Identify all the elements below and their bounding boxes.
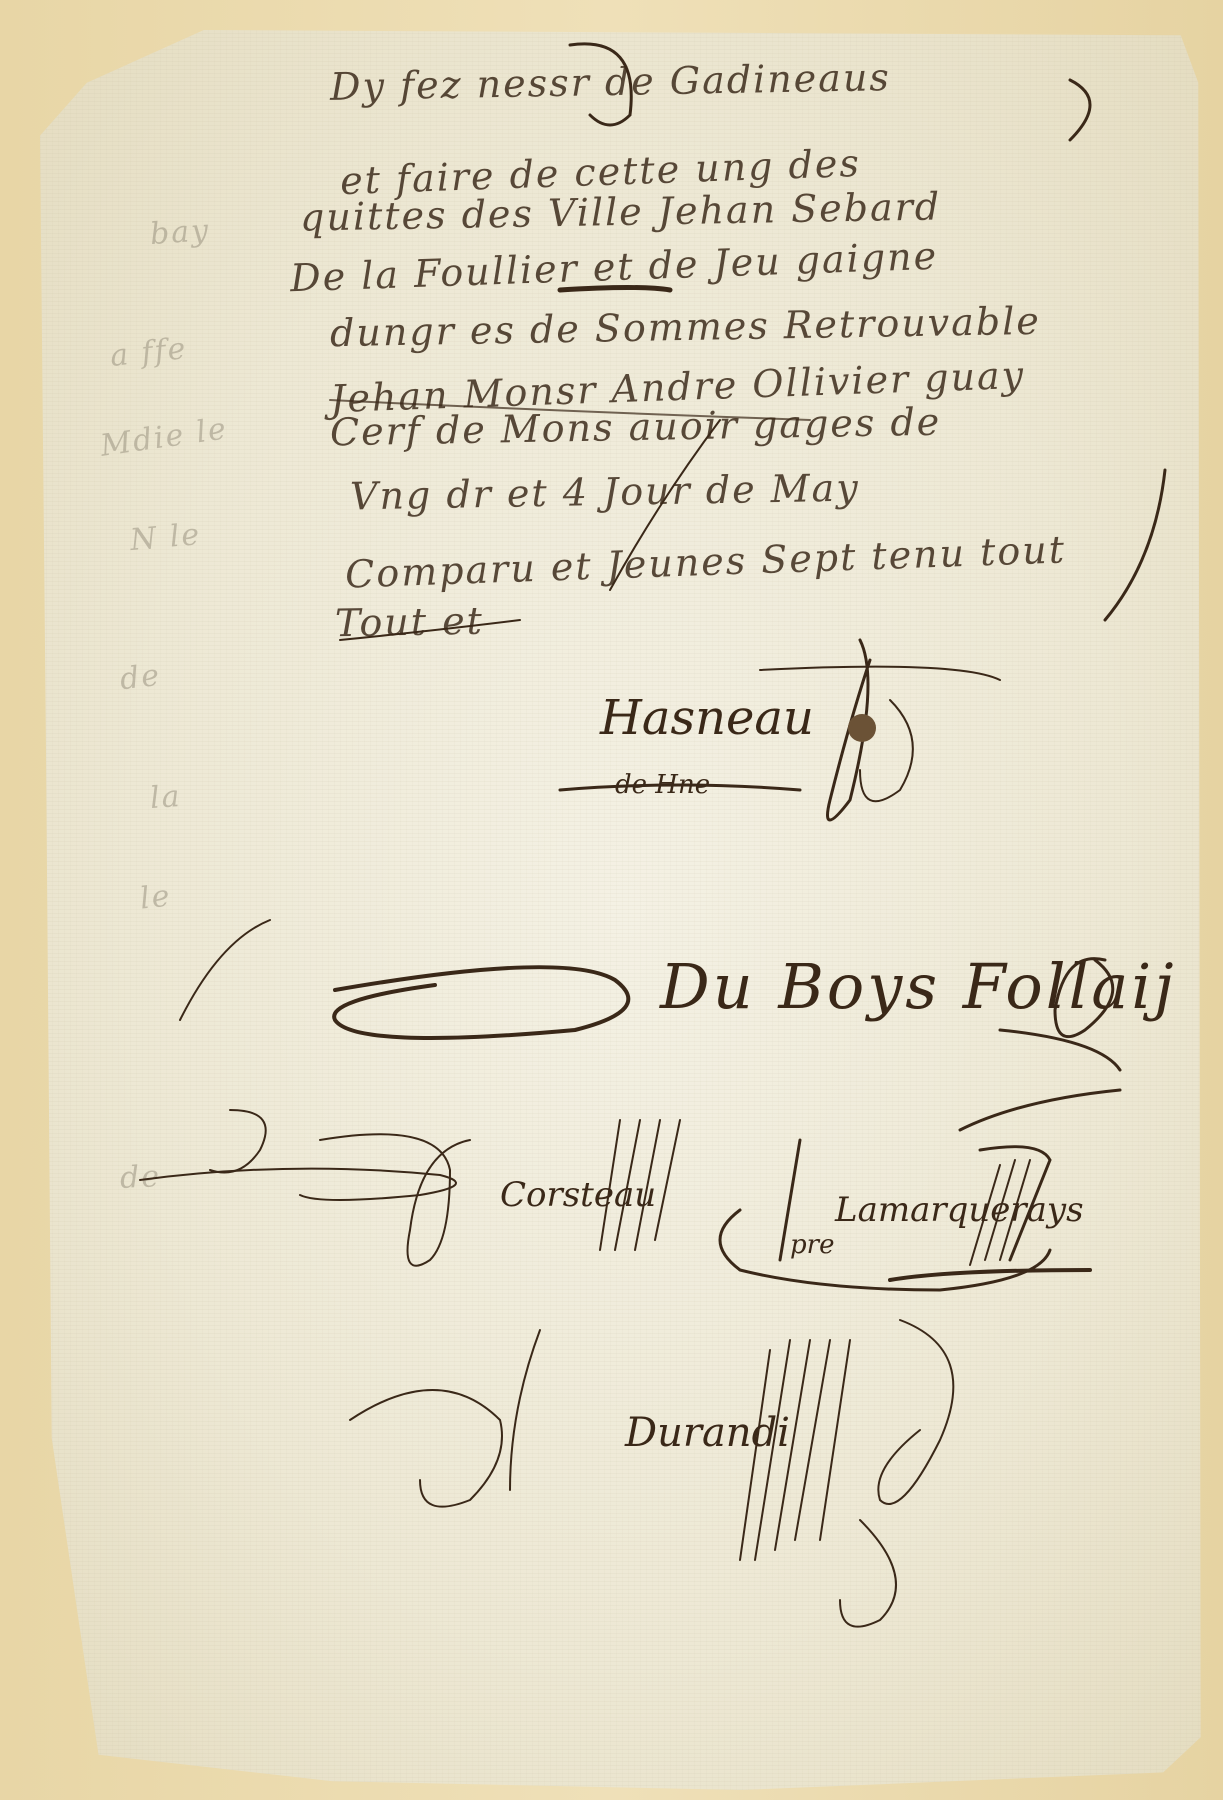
signature-hasneau-paraph: de Hne xyxy=(615,770,710,800)
signature-corsteau: Corsteau xyxy=(500,1175,656,1215)
signature-durandi: Durandi xyxy=(625,1410,790,1456)
flourish-strokes xyxy=(0,0,1223,1800)
signature-lamarquerays-paraph: pre xyxy=(790,1230,834,1260)
signature-lamarquerays: Lamarquerays xyxy=(835,1190,1084,1230)
ink-flourishes xyxy=(0,0,1223,1800)
signature-hasneau: Hasneau xyxy=(600,690,814,746)
signature-duboys-follaij: Du Boys Follaij xyxy=(660,950,1176,1023)
